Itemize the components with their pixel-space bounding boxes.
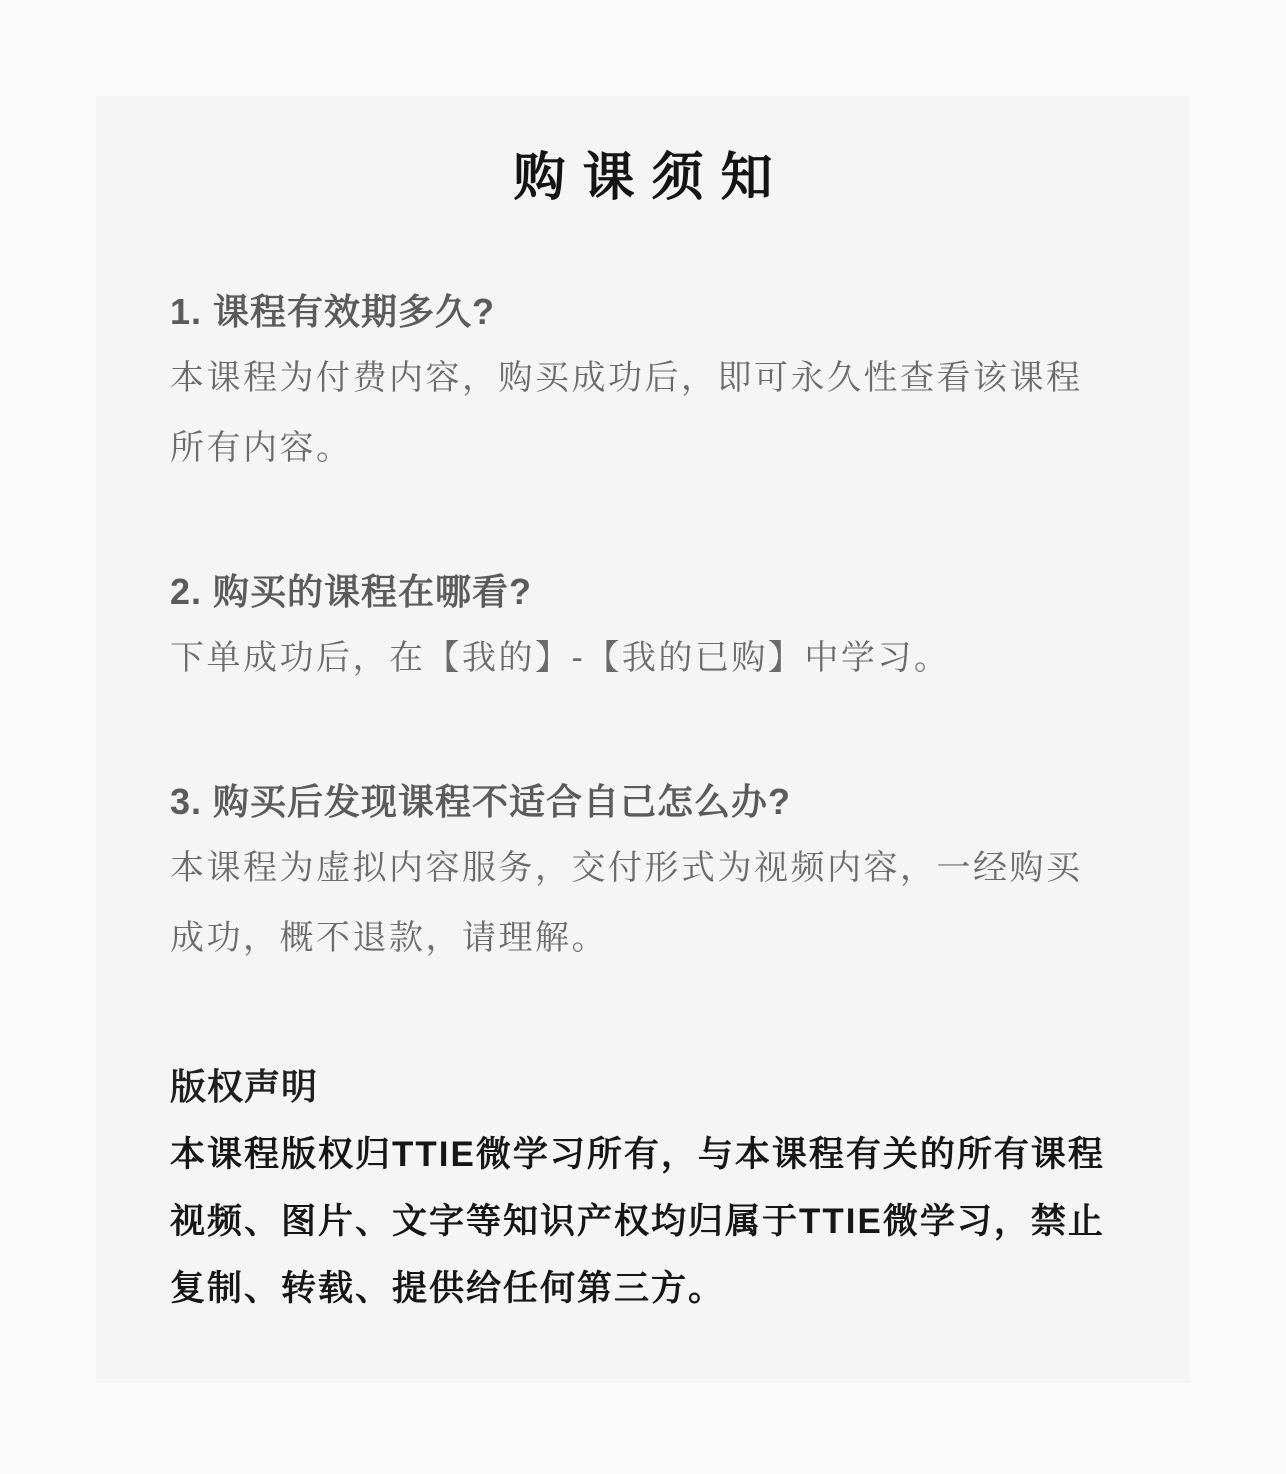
notice-section-validity: 1. 课程有效期多久? 本课程为付费内容，购买成功后，即可永久性查看该课程所有内… [170,288,1116,483]
notice-panel: 购课须知 1. 课程有效期多久? 本课程为付费内容，购买成功后，即可永久性查看该… [96,96,1190,1383]
section-heading-where-to-watch: 2. 购买的课程在哪看? [170,568,1116,616]
section-heading-refund-policy: 3. 购买后发现课程不适合自己怎么办? [170,778,1116,826]
notice-section-refund-policy: 3. 购买后发现课程不适合自己怎么办? 本课程为虚拟内容服务，交付形式为视频内容… [170,778,1116,973]
section-body-where-to-watch: 下单成功后，在【我的】-【我的已购】中学习。 [170,623,1116,693]
notice-section-where-to-watch: 2. 购买的课程在哪看? 下单成功后，在【我的】-【我的已购】中学习。 [170,568,1116,693]
section-heading-validity: 1. 课程有效期多久? [170,288,1116,336]
copyright-heading: 版权声明 [170,1063,1116,1111]
section-body-refund-policy: 本课程为虚拟内容服务，交付形式为视频内容，一经购买成功，概不退款，请理解。 [170,833,1116,973]
page-title: 购课须知 [170,150,1116,207]
section-body-validity: 本课程为付费内容，购买成功后，即可永久性查看该课程所有内容。 [170,343,1116,483]
purchase-notice-page: 购课须知 1. 课程有效期多久? 本课程为付费内容，购买成功后，即可永久性查看该… [0,0,1286,1474]
copyright-section: 版权声明 本课程版权归TTIE微学习所有，与本课程有关的所有课程视频、图片、文字… [170,1063,1116,1322]
copyright-body: 本课程版权归TTIE微学习所有，与本课程有关的所有课程视频、图片、文字等知识产权… [170,1121,1116,1322]
